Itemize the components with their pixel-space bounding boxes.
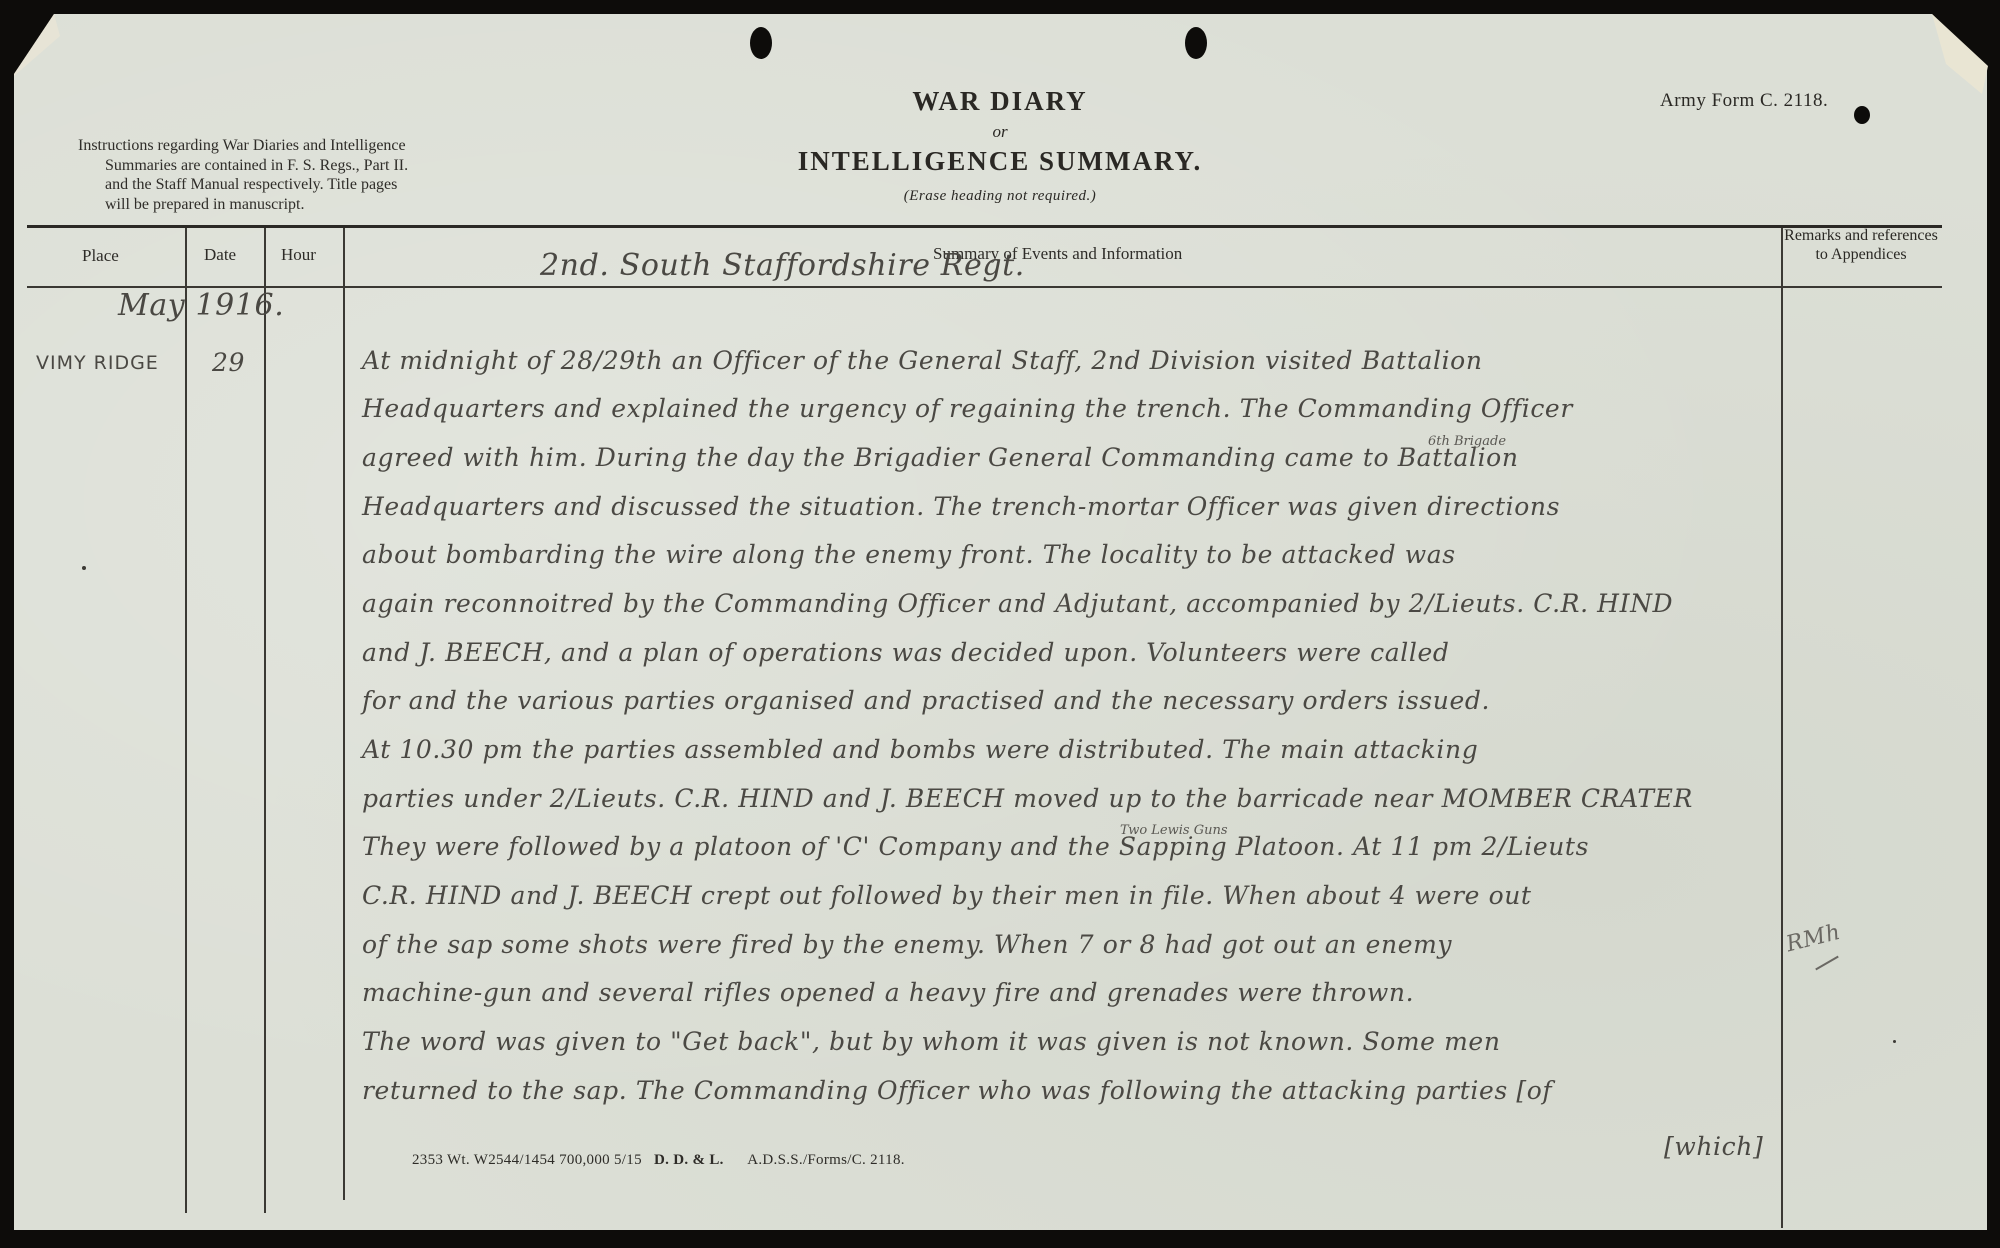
- column-divider-remarks: [1781, 228, 1783, 1228]
- footer-print-code: 2353 Wt. W2544/1454 700,000 5/15: [412, 1152, 642, 1168]
- column-divider-place: [185, 228, 187, 1213]
- insertion-brigade: 6th Brigade: [1428, 434, 1506, 449]
- army-form-number: Army Form C. 2118.: [1660, 90, 1828, 112]
- summary-line: The word was given to "Get back", but by…: [362, 1027, 1772, 1056]
- entry-place: VIMY RIDGE: [36, 352, 159, 374]
- summary-line: for and the various parties organised an…: [362, 686, 1772, 715]
- title-intelligence-summary: INTELLIGENCE SUMMARY.: [0, 146, 2000, 177]
- footer-form-ref: A.D.S.S./Forms/C. 2118.: [747, 1152, 905, 1168]
- table-header-rule: [27, 286, 1942, 288]
- header-date: Date: [204, 245, 236, 265]
- entry-date: 29: [212, 348, 245, 377]
- summary-line: C.R. HIND and J. BEECH crept out followe…: [362, 881, 1772, 910]
- paper-speck: [82, 566, 86, 570]
- title-note: (Erase heading not required.): [0, 188, 2000, 205]
- title-or: or: [0, 122, 2000, 142]
- summary-line: returned to the sap. The Commanding Offi…: [362, 1076, 1772, 1105]
- punch-hole-left: [750, 27, 772, 59]
- header-remarks: Remarks and references to Appendices: [1780, 226, 1942, 264]
- column-divider-date: [264, 228, 266, 1213]
- paper-speck: [1893, 1040, 1896, 1043]
- summary-line: of the sap some shots were fired by the …: [362, 930, 1772, 959]
- summary-line: parties under 2/Lieuts. C.R. HIND and J.…: [362, 784, 1772, 813]
- header-hour: Hour: [281, 245, 316, 265]
- summary-line: They were followed by a platoon of 'C' C…: [362, 832, 1772, 861]
- table-top-rule: [27, 225, 1942, 228]
- summary-line: again reconnoitred by the Commanding Off…: [362, 589, 1772, 618]
- summary-line: At 10.30 pm the parties assembled and bo…: [362, 735, 1772, 764]
- summary-line: Headquarters and discussed the situation…: [362, 492, 1772, 521]
- summary-line: machine-gun and several rifles opened a …: [362, 978, 1772, 1007]
- summary-line: At midnight of 28/29th an Officer of the…: [362, 346, 1772, 375]
- insertion-lewis-guns: Two Lewis Guns: [1120, 823, 1228, 838]
- punch-hole-right: [1185, 27, 1207, 59]
- summary-continuation: [which]: [1664, 1132, 1763, 1161]
- month-heading: May 1916.: [118, 288, 284, 323]
- summary-line: and J. BEECH, and a plan of operations w…: [362, 638, 1772, 667]
- summary-line: Headquarters and explained the urgency o…: [362, 394, 1772, 423]
- summary-line: agreed with him. During the day the Brig…: [362, 443, 1772, 472]
- footer-printer: D. D. & L.: [654, 1152, 724, 1168]
- unit-heading: 2nd. South Staffordshire Regt.: [540, 248, 1025, 283]
- header-place: Place: [82, 246, 119, 266]
- column-divider-hour: [343, 228, 345, 1200]
- summary-line: about bombarding the wire along the enem…: [362, 540, 1772, 569]
- footer-print-info: 2353 Wt. W2544/1454 700,000 5/15 D. D. &…: [412, 1152, 905, 1169]
